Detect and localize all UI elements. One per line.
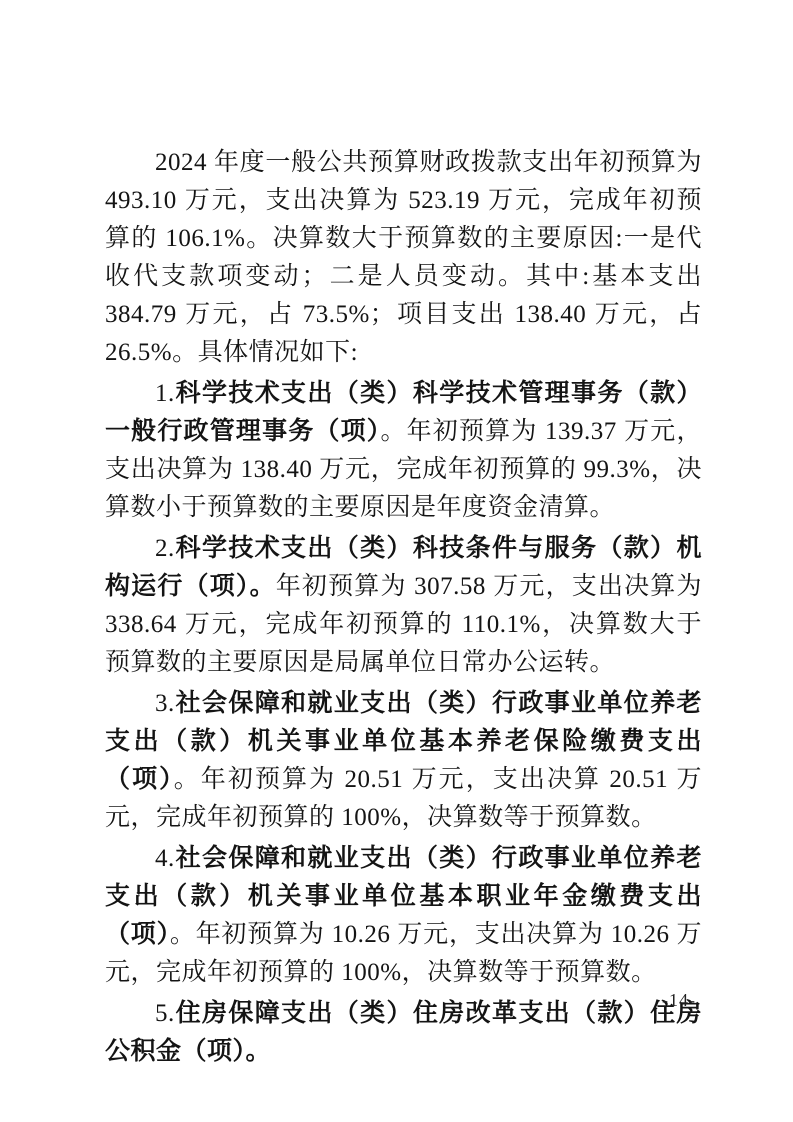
- page-number: -14-: [662, 990, 696, 1011]
- document-page: 2024 年度一般公共预算财政拨款支出年初预算为 493.10 万元，支出决算为…: [0, 0, 793, 1122]
- item-2-number: 2.: [155, 535, 175, 562]
- item-1-paragraph: 1.科学技术支出（类）科学技术管理事务（款）一般行政管理事务（项）。年初预算为 …: [105, 375, 702, 527]
- item-3-paragraph: 3.社会保障和就业支出（类）行政事业单位养老支出（款）机关事业单位基本养老保险缴…: [105, 685, 702, 837]
- intro-paragraph: 2024 年度一般公共预算财政拨款支出年初预算为 493.10 万元，支出决算为…: [105, 144, 702, 372]
- item-4-paragraph: 4.社会保障和就业支出（类）行政事业单位养老支出（款）机关事业单位基本职业年金缴…: [105, 840, 702, 992]
- item-1-number: 1.: [155, 380, 175, 407]
- item-4-body: 。年初预算为 10.26 万元，支出决算为 10.26 万元，完成年初预算的 1…: [105, 921, 702, 986]
- document-body: 2024 年度一般公共预算财政拨款支出年初预算为 493.10 万元，支出决算为…: [105, 144, 702, 1074]
- item-4-number: 4.: [155, 845, 175, 872]
- item-2-paragraph: 2.科学技术支出（类）科技条件与服务（款）机构运行（项）。年初预算为 307.5…: [105, 530, 702, 682]
- item-3-number: 3.: [155, 690, 175, 717]
- intro-text: 2024 年度一般公共预算财政拨款支出年初预算为 493.10 万元，支出决算为…: [105, 149, 702, 366]
- item-5-heading: 住房保障支出（类）住房改革支出（款）住房公积金（项）。: [105, 1000, 702, 1065]
- item-3-body: 。年初预算为 20.51 万元，支出决算 20.51 万元，完成年初预算的 10…: [105, 766, 702, 831]
- item-5-number: 5.: [155, 1000, 175, 1027]
- item-5-paragraph: 5.住房保障支出（类）住房改革支出（款）住房公积金（项）。: [105, 995, 702, 1071]
